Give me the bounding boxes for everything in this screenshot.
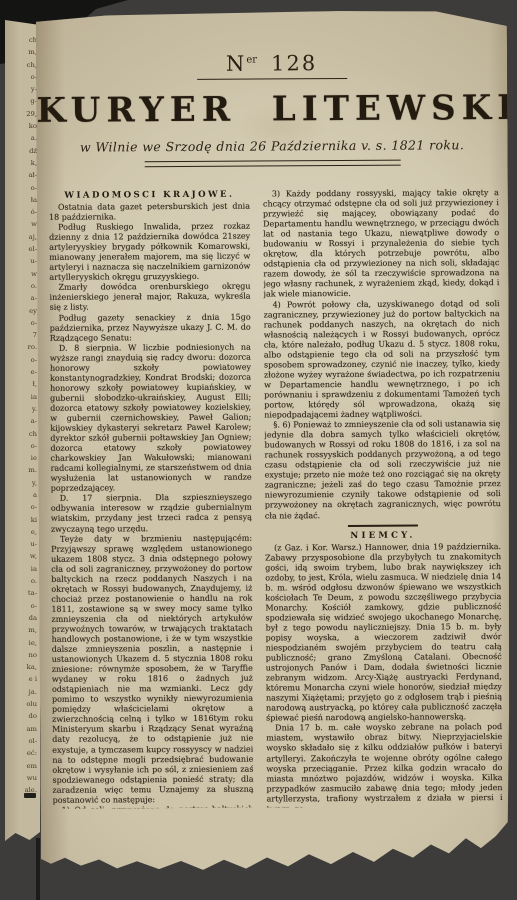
- adjacent-text-fragment: ja.: [5, 686, 40, 698]
- adjacent-text-fragment: a-: [5, 292, 40, 304]
- adjacent-text-fragment: ta-: [5, 587, 40, 599]
- rule-under-issue: [197, 78, 347, 80]
- adjacent-text-fragment: dź: [5, 145, 40, 157]
- adjacent-text-fragment: k,: [5, 157, 40, 169]
- section-heading-niemcy: NIEMCY.: [265, 530, 501, 541]
- right-column-text-top: 3) Każdy poddany rossyyski, mający takie…: [263, 188, 501, 521]
- adjacent-text-fragment: m.: [5, 464, 40, 476]
- adjacent-text-fragment: ch,: [5, 59, 40, 71]
- adjacent-text-fragment: ol-: [5, 735, 40, 747]
- section-divider-rule: [348, 524, 418, 526]
- adjacent-text-fragment: o-: [5, 71, 40, 83]
- adjacent-text-fragment: ie: [5, 452, 40, 464]
- adjacent-text-fragment: u-: [5, 255, 40, 267]
- adjacent-text-fragment: ch: [5, 428, 40, 440]
- adjacent-text-fragment: ał-: [5, 169, 40, 181]
- adjacent-text-fragment: ó-: [5, 206, 40, 218]
- adjacent-text-fragment: wu: [5, 772, 40, 784]
- adjacent-text-fragment: ia: [5, 391, 40, 403]
- adjacent-text-fragment: ki: [5, 514, 40, 526]
- adjacent-text-fragment: m,: [5, 46, 40, 58]
- book-gutter-shadow: [36, 838, 40, 900]
- newspaper-page: Ner128 KURYER LITEWSKI. w Wilnie we Srzo…: [36, 10, 512, 875]
- adjacent-text-fragment: a: [5, 489, 40, 501]
- adjacent-text-fragment: o.: [5, 280, 40, 292]
- scan-background: chm,ch,o-y-g-29,koa.dźk,ał-o-łaó-waj,el-…: [0, 0, 517, 900]
- adjacent-text-fragment: no: [5, 649, 40, 661]
- adjacent-text-fragment: o.: [5, 575, 40, 587]
- adjacent-text-fragment: am: [5, 723, 40, 735]
- adjacent-text-fragment: w,: [5, 550, 40, 562]
- adjacent-text-fragment: 7: [5, 329, 40, 341]
- adjacent-text-fragment: y.: [5, 403, 40, 415]
- body-columns: WIADOMOŚCI KRAJOWE. Ostatnia data gazet …: [49, 188, 503, 809]
- adjacent-text-fragment: g-: [5, 95, 40, 107]
- adjacent-text-fragment: ro.: [5, 341, 40, 353]
- left-column: WIADOMOŚCI KRAJOWE. Ostatnia data gazet …: [49, 190, 254, 809]
- masthead-title: KURYER LITEWSKI.: [36, 88, 507, 131]
- adjacent-text-fragment: o-: [5, 317, 40, 329]
- adjacent-text-fragment: ey: [5, 305, 40, 317]
- paragraph: Dnia 17 b. m. całe woysko zebrane na pol…: [266, 722, 503, 807]
- paragraph: Zmarły dowódca orenburskiego okręgu inże…: [49, 282, 250, 313]
- section-heading-krajowe: WIADOMOŚCI KRAJOWE.: [49, 190, 250, 201]
- adjacent-text-fragment: ł,: [5, 378, 40, 390]
- double-rule: [144, 160, 400, 168]
- paragraph: §. 6) Ponieważ to zmnieyszenie cła od so…: [264, 419, 501, 521]
- adjacent-text-fragment: aj,: [5, 231, 40, 243]
- right-column-text-bottom: (z Gaz. i Kor. Warsz.) Hannower, dnia 19…: [265, 542, 503, 808]
- masthead: Ner128 KURYER LITEWSKI. w Wilnie we Srzo…: [36, 50, 508, 168]
- adjacent-text-fragment: ła: [5, 194, 40, 206]
- issue-prefix: N: [226, 52, 247, 76]
- adjacent-text-fragment: y-: [5, 83, 40, 95]
- adjacent-text-fragment: y,: [5, 477, 40, 489]
- adjacent-text-fragment: ko: [5, 120, 40, 132]
- adjacent-page-strip: chm,ch,o-y-g-29,koa.dźk,ał-o-łaó-waj,el-…: [5, 20, 40, 844]
- adjacent-text-fragment: o-: [5, 182, 40, 194]
- adjacent-text-fragment: el-: [5, 243, 40, 255]
- adjacent-text-fragment: e i: [5, 673, 40, 685]
- adjacent-text-fragment: ia: [5, 563, 40, 575]
- adjacent-text-fragment: o-: [5, 354, 40, 366]
- adjacent-text-fragment: e-: [5, 366, 40, 378]
- paragraph: Podług gazety senackiey z dnia 15go paźd…: [50, 312, 251, 343]
- issue-superscript: er: [246, 55, 257, 66]
- issue-num-value: 128: [271, 51, 317, 75]
- adjacent-text-fragment: em: [5, 760, 40, 772]
- adjacent-text-fragment: u-: [5, 538, 40, 550]
- paragraph: D. 8 sierpnia. W liczbie podniesionych n…: [50, 342, 252, 494]
- adjacent-text-fragment: da: [5, 612, 40, 624]
- paragraph: Podług Ruskiego Inwalida, przez rozkaz d…: [49, 222, 250, 284]
- paragraph: 4) Powrót połowy cła, uzyskiwanego dotąd…: [264, 299, 501, 421]
- adjacent-text-fragment: ka,: [5, 661, 40, 673]
- paragraph: (z Gaz. i Kor. Warsz.) Hannower, dnia 19…: [265, 542, 502, 724]
- adjacent-text-fragment: ch: [5, 34, 40, 46]
- ink-mark: [24, 793, 36, 798]
- issue-number: Ner128: [36, 50, 507, 77]
- adjacent-text-fragment: do: [5, 710, 40, 722]
- right-column: 3) Każdy poddany rossyyski, mający takie…: [263, 188, 503, 807]
- paragraph: Ostatnia data gazet petersburskich jest …: [49, 202, 250, 223]
- adjacent-text-fragment: w: [5, 218, 40, 230]
- adjacent-text-fragment: o-: [5, 501, 40, 513]
- left-column-text: Ostatnia data gazet petersburskich jest …: [49, 202, 254, 809]
- adjacent-text-fragment: o-: [5, 440, 40, 452]
- paragraph: Teyże daty w brzmieniu następującém: Prz…: [51, 533, 254, 805]
- adjacent-text-fragment: o-: [5, 600, 40, 612]
- adjacent-text-fragment: eć:: [5, 747, 40, 759]
- dateline: w Wilnie we Srzodę dnia 26 Października …: [37, 137, 508, 155]
- paragraph: 1) Od soli, przywożone do portow baltyck…: [53, 804, 254, 808]
- adjacent-text-fragment: e,: [5, 526, 40, 538]
- adjacent-text-fragment: ie,: [5, 637, 40, 649]
- adjacent-text-fragment: a-: [5, 415, 40, 427]
- adjacent-text-fragment: w: [5, 268, 40, 280]
- adjacent-text-fragment: olu: [5, 698, 40, 710]
- paragraph: D. 17 sierpnia. Dla szpiesznieyszego odb…: [51, 493, 252, 534]
- adjacent-text-fragment: 29,: [5, 108, 40, 120]
- adjacent-text-fragment: a.: [5, 132, 40, 144]
- adjacent-text-fragment: m,: [5, 624, 40, 636]
- paragraph: 3) Każdy poddany rossyyski, mający takie…: [263, 188, 500, 300]
